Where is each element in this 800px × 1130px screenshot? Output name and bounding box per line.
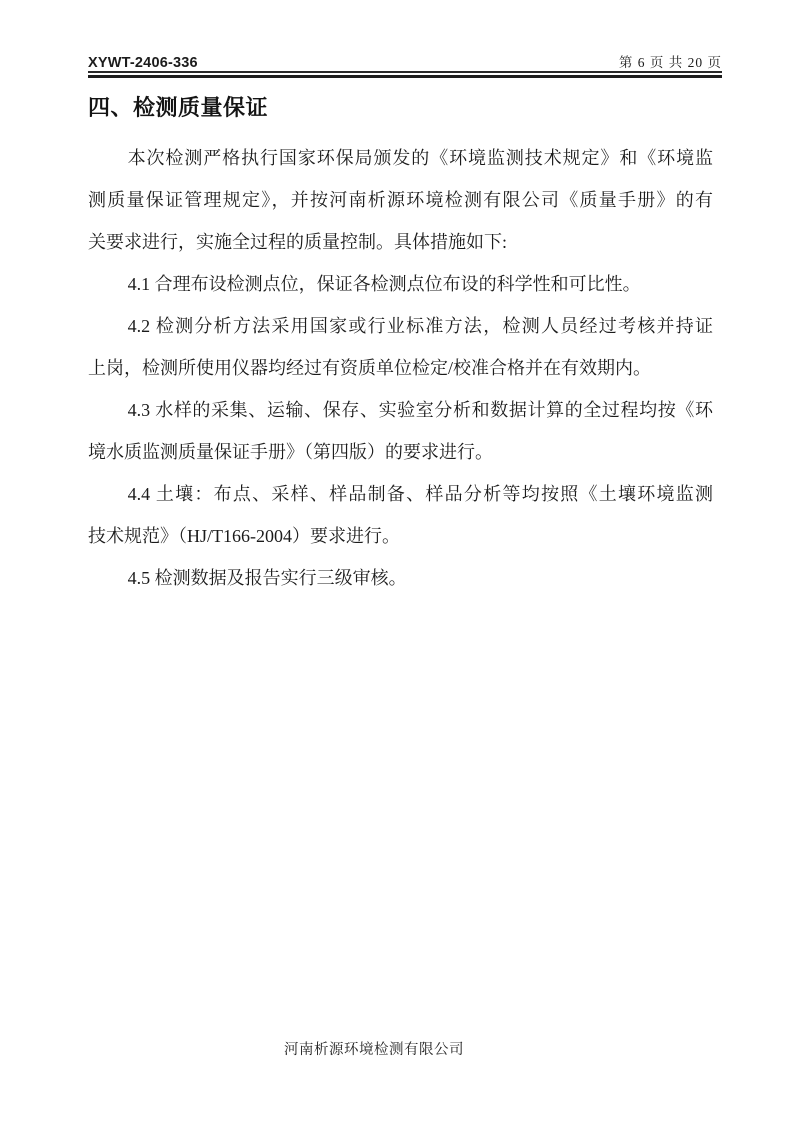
paragraph: 4.3 水样的采集、运输、保存、实验室分析和数据计算的全过程均按《环境水质监测质… [88,389,713,473]
header-rule [88,71,722,78]
document-page: XYWT-2406-336 第 6 页 共 20 页 四、检测质量保证 本次检测… [0,0,800,1130]
document-number: XYWT-2406-336 [88,55,198,71]
paragraph: 本次检测严格执行国家环保局颁发的《环境监测技术规定》和《环境监测质量保证管理规定… [88,137,713,263]
text-line: 关要求进行，实施全过程的质量控制。具体措施如下: [88,221,713,263]
text-line: 4.1 合理布设检测点位，保证各检测点位布设的科学性和可比性。 [88,263,713,305]
paragraph: 4.1 合理布设检测点位，保证各检测点位布设的科学性和可比性。 [88,263,713,305]
text-line: 4.3 水样的采集、运输、保存、实验室分析和数据计算的全过程均按《环 [88,389,713,431]
page-number-label: 第 6 页 共 20 页 [619,51,722,71]
text-line: 4.2 检测分析方法采用国家或行业标准方法，检测人员经过考核并持证 [88,305,713,347]
text-line: 测质量保证管理规定》，并按河南析源环境检测有限公司《质量手册》的有 [88,179,713,221]
header-rule-thick-line [88,75,722,78]
text-line: 上岗，检测所使用仪器均经过有资质单位检定/校准合格并在有效期内。 [88,347,713,389]
paragraph: 4.4 土壤：布点、采样、样品制备、样品分析等均按照《土壤环境监测技术规范》（H… [88,473,713,557]
document-body: 本次检测严格执行国家环保局颁发的《环境监测技术规定》和《环境监测质量保证管理规定… [88,137,713,599]
text-line: 境水质监测质量保证手册》（第四版）的要求进行。 [88,431,713,473]
page-header: XYWT-2406-336 第 6 页 共 20 页 [88,51,722,71]
section-title: 四、检测质量保证 [88,91,268,122]
footer-company-name: 河南析源环境检测有限公司 [0,1038,774,1059]
text-line: 技术规范》（HJ/T166-2004）要求进行。 [88,515,713,557]
text-line: 4.5 检测数据及报告实行三级审核。 [88,557,713,599]
paragraph: 4.2 检测分析方法采用国家或行业标准方法，检测人员经过考核并持证上岗，检测所使… [88,305,713,389]
paragraph: 4.5 检测数据及报告实行三级审核。 [88,557,713,599]
text-line: 本次检测严格执行国家环保局颁发的《环境监测技术规定》和《环境监 [88,137,713,179]
text-line: 4.4 土壤：布点、采样、样品制备、样品分析等均按照《土壤环境监测 [88,473,713,515]
